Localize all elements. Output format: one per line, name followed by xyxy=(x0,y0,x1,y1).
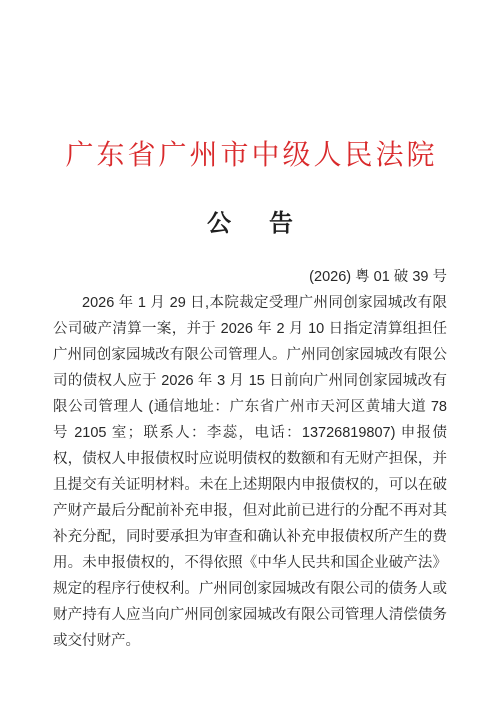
announcement-body: 2026 年 1 月 29 日,本院裁定受理广州同创家园城改有限公司破产清算一案… xyxy=(53,290,447,654)
notice-heading: 公告 xyxy=(0,212,500,236)
announcement-page: 广东省广州市中级人民法院 公告 (2026) 粤 01 破 39 号 2026 … xyxy=(0,0,500,707)
court-title: 广东省广州市中级人民法院 xyxy=(0,0,500,170)
case-number: (2026) 粤 01 破 39 号 xyxy=(53,264,447,290)
announcement-content: (2026) 粤 01 破 39 号 2026 年 1 月 29 日,本院裁定受… xyxy=(53,264,447,654)
